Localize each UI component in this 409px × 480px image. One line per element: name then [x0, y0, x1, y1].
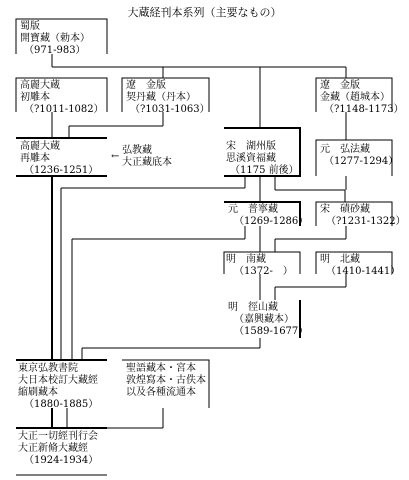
node-min-hoku-l1: 明 北藏 [320, 254, 360, 266]
node-gen-gukyo-l2: （1277-1294） [324, 156, 398, 168]
node-min-hoku-l2: （1410-1441） [326, 266, 400, 278]
node-kin-l3: （?1148-1173） [324, 104, 404, 116]
node-gen-gukyo-l1: 元 弘法藏 [320, 144, 370, 156]
node-min-kei-l2: （嘉興藏本） [234, 314, 294, 326]
node-korai-sai-l3: （1236-1251） [24, 165, 98, 177]
node-shuban-l2: 開寶藏（勅本） [20, 33, 90, 45]
node-ryo-l2: 契丹藏（丹本） [126, 92, 196, 104]
node-so-koshu-l1: 宋 湖州版 [226, 141, 276, 153]
node-korai-sai-l2: 再雕本 [20, 153, 50, 165]
node-min-nan-l1: 明 南藏 [226, 254, 266, 266]
node-taisho-l3: （1924-1934） [24, 455, 98, 467]
node-seigo-l2: 敦煌寫本・古佚本 [126, 375, 206, 387]
node-so-sekisha-l2: （?1231-1322） [326, 216, 406, 228]
node-ryo-l1: 遼 金版 [126, 80, 166, 92]
node-korai-sho-l1: 高麗大蔵 [20, 80, 60, 92]
node-min-kei-l3: （1589-1677） [234, 326, 308, 338]
node-gen-fuga-l1: 元 普寧藏 [228, 204, 278, 216]
node-tokyo-l2: 大日本校訂大藏經 [18, 375, 98, 387]
node-taisho-l2: 大正新脩大藏經 [18, 443, 88, 455]
node-kin-l1: 遼 金版 [320, 80, 360, 92]
arrow-left-icon: ← [111, 151, 119, 163]
node-min-kei-l1: 明 徑山藏 [228, 302, 278, 314]
node-so-koshu-l3: （1175 前後） [230, 165, 299, 177]
node-seigo-l1: 聖語藏本・宮本 [126, 363, 196, 375]
node-gen-fuga-l2: （1269-1286） [234, 216, 308, 228]
node-shuban-l1: 蜀版 [20, 21, 40, 33]
node-so-koshu-l2: 思溪資福藏 [226, 153, 276, 165]
node-tokyo-l4: （1880-1885） [24, 399, 98, 411]
node-taisho-l1: 大正一切經刊行会 [18, 431, 98, 443]
node-min-nan-l2: （1372- ） [234, 266, 293, 278]
node-ryo-l3: （?1031-1063） [130, 104, 210, 116]
node-shuban-l3: （971-983） [24, 45, 86, 57]
note-l2: 大正藏底本 [122, 157, 172, 169]
note-l1: 弘教藏 [122, 145, 152, 157]
node-korai-sho-l3: （?1011-1082） [24, 104, 104, 116]
node-so-sekisha-l1: 宋 磧砂藏 [320, 204, 370, 216]
node-tokyo-l1: 東京弘教書院 [18, 363, 78, 375]
node-korai-sho-l2: 初雕本 [20, 92, 50, 104]
node-seigo-l3: 以及各種流通本 [126, 387, 196, 399]
node-tokyo-l3: 縮刷藏本 [18, 387, 58, 399]
node-kin-l2: 金藏（趙城本） [320, 92, 390, 104]
node-korai-sai-l1: 高麗大蔵 [20, 141, 60, 153]
